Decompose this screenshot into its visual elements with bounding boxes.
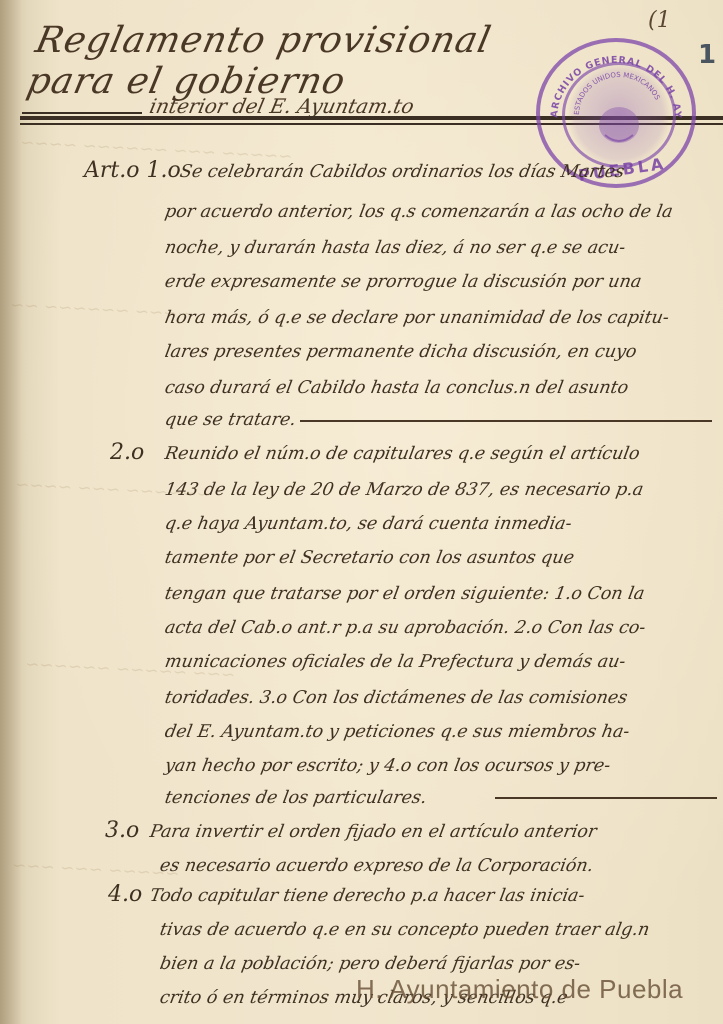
folio-mark: (1 xyxy=(648,8,671,33)
article-line: yan hecho por escrito; y 4.o con los ocu… xyxy=(163,756,612,776)
article-line: tengan que tratarse por el orden siguien… xyxy=(163,584,646,604)
article-marker: 4.o xyxy=(108,882,142,907)
article-line: del E. Ayuntam.to y peticiones q.e sus m… xyxy=(163,722,631,742)
article-line: es necesario acuerdo expreso de la Corpo… xyxy=(158,856,595,876)
article-marker: 2.o xyxy=(110,440,144,465)
article-line: hora más, ó q.e se declare por unanimida… xyxy=(163,308,670,328)
article-line: lares presentes permanente dicha discusi… xyxy=(163,342,638,362)
article-line: noche, y durarán hasta las diez, á no se… xyxy=(163,238,627,258)
folio-number: 1 xyxy=(657,8,671,33)
article-line: acta del Cab.o ant.r p.a su aprobación. … xyxy=(163,618,647,638)
article-line: Se celebrarán Cabildos ordinarios los dí… xyxy=(178,162,626,182)
article-line: q.e haya Ayuntam.to, se dará cuenta inme… xyxy=(163,514,573,534)
article-line: tenciones de los particulares. xyxy=(163,788,428,808)
article-line: por acuerdo anterior, los q.s comenzarán… xyxy=(163,202,674,222)
document-subtitle: interior del E. Ayuntam.to xyxy=(147,94,416,118)
watermark: H. Ayuntamiento de Puebla xyxy=(356,974,683,1005)
article-marker: 3.o xyxy=(105,818,139,843)
article-marker: Art.o 1.o xyxy=(84,158,181,183)
title-underline-short xyxy=(22,112,142,114)
article-line: bien a la población; pero deberá fijarla… xyxy=(158,954,582,974)
article-line: tamente por el Secretario con los asunto… xyxy=(163,548,575,568)
article-line: caso durará el Cabildo hasta la conclus.… xyxy=(163,378,630,398)
article-line: toridades. 3.o Con los dictámenes de las… xyxy=(163,688,629,708)
article-line: municaciones oficiales de la Prefectura … xyxy=(163,652,627,672)
document-title: Reglamento provisional para el gobierno xyxy=(23,20,580,102)
line-end-rule xyxy=(495,797,717,799)
article-line: Todo capitular tiene derecho p.a hacer l… xyxy=(148,886,586,906)
stamp-coat-of-arms-icon: ESTADOS UNIDOS MEXICANOS xyxy=(562,62,676,168)
line-end-rule xyxy=(300,420,712,422)
bleed-through-text: ~~~~~ ~~~ ~~~ xyxy=(12,856,180,885)
article-line: 143 de la ley de 20 de Marzo de 837, es … xyxy=(163,480,645,500)
article-line: Reunido el núm.o de capitulares q.e segú… xyxy=(163,444,641,464)
article-line: tivas de acuerdo q.e en su concepto pued… xyxy=(158,920,651,940)
article-line: erde expresamente se prorrogue la discus… xyxy=(163,272,643,292)
article-line: que se tratare. xyxy=(163,410,297,430)
stamp-number: 1 xyxy=(698,40,716,70)
article-line: Para invertir el orden fijado en el artí… xyxy=(148,822,598,842)
